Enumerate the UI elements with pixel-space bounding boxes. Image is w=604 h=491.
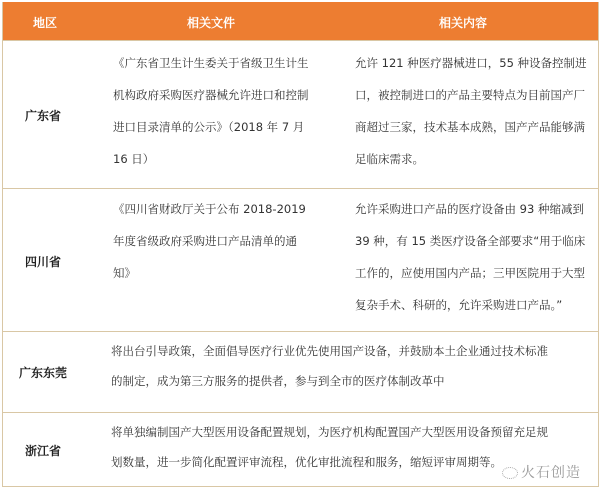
doc-cell: 《四川省财政厅关于公布 2018-2019 年度省级政府采购进口产品清单的通 知…	[113, 193, 335, 289]
region-cell: 广东东莞	[3, 364, 83, 381]
header-region: 地区	[33, 14, 57, 31]
table-row: 广东省 《广东省卫生计生委关于省级卫生计生 机构政府采购医疗器械允许进口和控制 …	[3, 40, 598, 188]
header-content: 相关内容	[439, 14, 487, 31]
doc-cell: 《广东省卫生计生委关于省级卫生计生 机构政府采购医疗器械允许进口和控制 进口目录…	[113, 47, 335, 175]
wechat-icon	[502, 467, 518, 479]
table-row: 四川省 《四川省财政厅关于公布 2018-2019 年度省级政府采购进口产品清单…	[3, 188, 598, 331]
content-cell: 允许 121 种医疗器械进口，55 种设备控制进 口，被控制进口的产品主要特点为…	[355, 47, 595, 175]
header-docs: 相关文件	[187, 14, 235, 31]
region-cell: 四川省	[3, 253, 83, 270]
policy-table: 地区 相关文件 相关内容 广东省 《广东省卫生计生委关于省级卫生计生 机构政府采…	[2, 2, 599, 487]
region-cell: 浙江省	[3, 442, 83, 459]
region-cell: 广东省	[3, 107, 83, 124]
table-row: 广东东莞 将出台引导政策，全面倡导医疗行业优先使用国产设备，并鼓励本土企业通过技…	[3, 331, 598, 412]
content-cell: 允许采购进口产品的医疗设备由 93 种缩减到 39 种，有 15 类医疗设备全部…	[355, 193, 595, 321]
table-header: 地区 相关文件 相关内容	[3, 2, 598, 40]
content-cell: 将出台引导政策，全面倡导医疗行业优先使用国产设备，并鼓励本土企业通过技术标准 的…	[111, 336, 595, 396]
watermark: 火石创造	[502, 462, 581, 482]
